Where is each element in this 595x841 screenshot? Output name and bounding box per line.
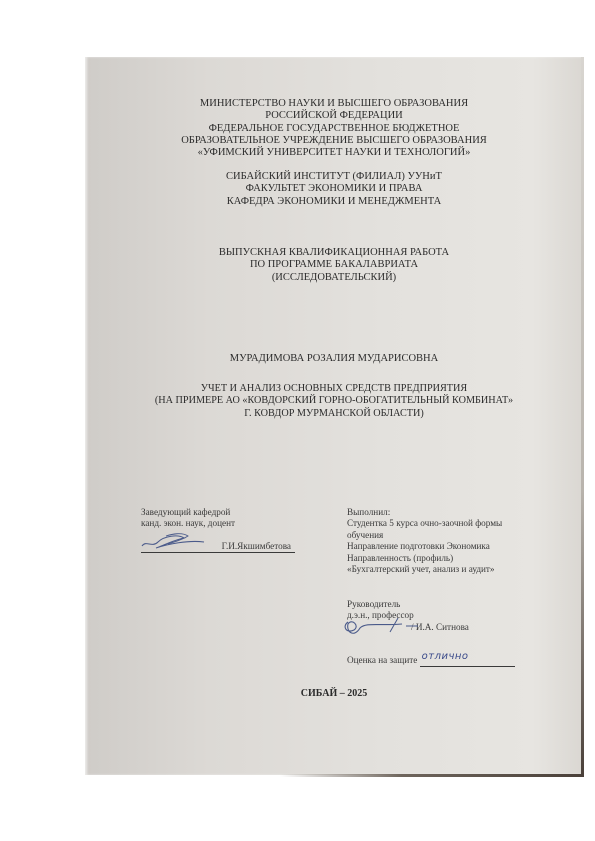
header-line: МИНИСТЕРСТВО НАУКИ И ВЫСШЕГО ОБРАЗОВАНИЯ bbox=[85, 98, 583, 110]
performed-line: Студентка 5 курса очно-заочной формы bbox=[347, 518, 502, 529]
city-year: СИБАЙ – 2025 bbox=[85, 688, 583, 699]
work-type-line: ПО ПРОГРАММЕ БАКАЛАВРИАТА bbox=[85, 259, 583, 271]
title-line: (НА ПРИМЕРЕ АО «КОВДОРСКИЙ ГОРНО-ОБОГАТИ… bbox=[85, 395, 583, 407]
paper-edge bbox=[280, 774, 584, 777]
ministry-header: МИНИСТЕРСТВО НАУКИ И ВЫСШЕГО ОБРАЗОВАНИЯ… bbox=[85, 98, 583, 159]
grade-label: Оценка на защите bbox=[347, 655, 417, 665]
institute-header: СИБАЙСКИЙ ИНСТИТУТ (ФИЛИАЛ) УУНиТ ФАКУЛЬ… bbox=[85, 171, 583, 208]
grade-line: отлично bbox=[420, 655, 515, 667]
author-name-text: МУРАДИМОВА РОЗАЛИЯ МУДАРИСОВНА bbox=[85, 353, 583, 365]
thesis-title: УЧЕТ И АНАЛИЗ ОСНОВНЫХ СРЕДСТВ ПРЕДПРИЯТ… bbox=[85, 383, 583, 420]
performed-line: обучения bbox=[347, 530, 502, 541]
performed-line: «Бухгалтерский учет, анализ и аудит» bbox=[347, 564, 502, 575]
header-line: КАФЕДРА ЭКОНОМИКИ И МЕНЕДЖМЕНТА bbox=[85, 196, 583, 208]
work-type-line: (ИССЛЕДОВАТЕЛЬСКИЙ) bbox=[85, 272, 583, 284]
header-line: РОССИЙСКОЙ ФЕДЕРАЦИИ bbox=[85, 110, 583, 122]
grade-block: Оценка на защите отлично bbox=[347, 655, 515, 667]
head-name: Г.И.Якшимбетова bbox=[222, 541, 291, 551]
header-line: ФЕДЕРАЛЬНОЕ ГОСУДАРСТВЕННОЕ БЮДЖЕТНОЕ bbox=[85, 123, 583, 135]
performed-line: Направление подготовки Экономика bbox=[347, 541, 502, 552]
work-type: ВЫПУСКНАЯ КВАЛИФИКАЦИОННАЯ РАБОТА ПО ПРО… bbox=[85, 247, 583, 284]
header-line: ФАКУЛЬТЕТ ЭКОНОМИКИ И ПРАВА bbox=[85, 183, 583, 195]
performed-label: Выполнил: bbox=[347, 507, 502, 518]
grade-value: отлично bbox=[422, 651, 469, 662]
header-line: СИБАЙСКИЙ ИНСТИТУТ (ФИЛИАЛ) УУНиТ bbox=[85, 171, 583, 183]
performed-line: Направленность (профиль) bbox=[347, 553, 502, 564]
head-role: Заведующий кафедрой bbox=[141, 507, 295, 518]
head-signature-icon bbox=[138, 530, 208, 552]
title-line: УЧЕТ И АНАЛИЗ ОСНОВНЫХ СРЕДСТВ ПРЕДПРИЯТ… bbox=[85, 383, 583, 395]
supervisor-signature-icon bbox=[340, 612, 420, 642]
header-line: ОБРАЗОВАТЕЛЬНОЕ УЧРЕЖДЕНИЕ ВЫСШЕГО ОБРАЗ… bbox=[85, 135, 583, 147]
performed-by-block: Выполнил: Студентка 5 курса очно-заочной… bbox=[347, 507, 502, 575]
title-line: Г. КОВДОР МУРМАНСКОЙ ОБЛАСТИ) bbox=[85, 408, 583, 420]
head-degree: канд. экон. наук, доцент bbox=[141, 518, 295, 529]
supervisor-role: Руководитель bbox=[347, 599, 469, 610]
author-name: МУРАДИМОВА РОЗАЛИЯ МУДАРИСОВНА bbox=[85, 353, 583, 365]
work-type-line: ВЫПУСКНАЯ КВАЛИФИКАЦИОННАЯ РАБОТА bbox=[85, 247, 583, 259]
header-line: «УФИМСКИЙ УНИВЕРСИТЕТ НАУКИ И ТЕХНОЛОГИЙ… bbox=[85, 147, 583, 159]
